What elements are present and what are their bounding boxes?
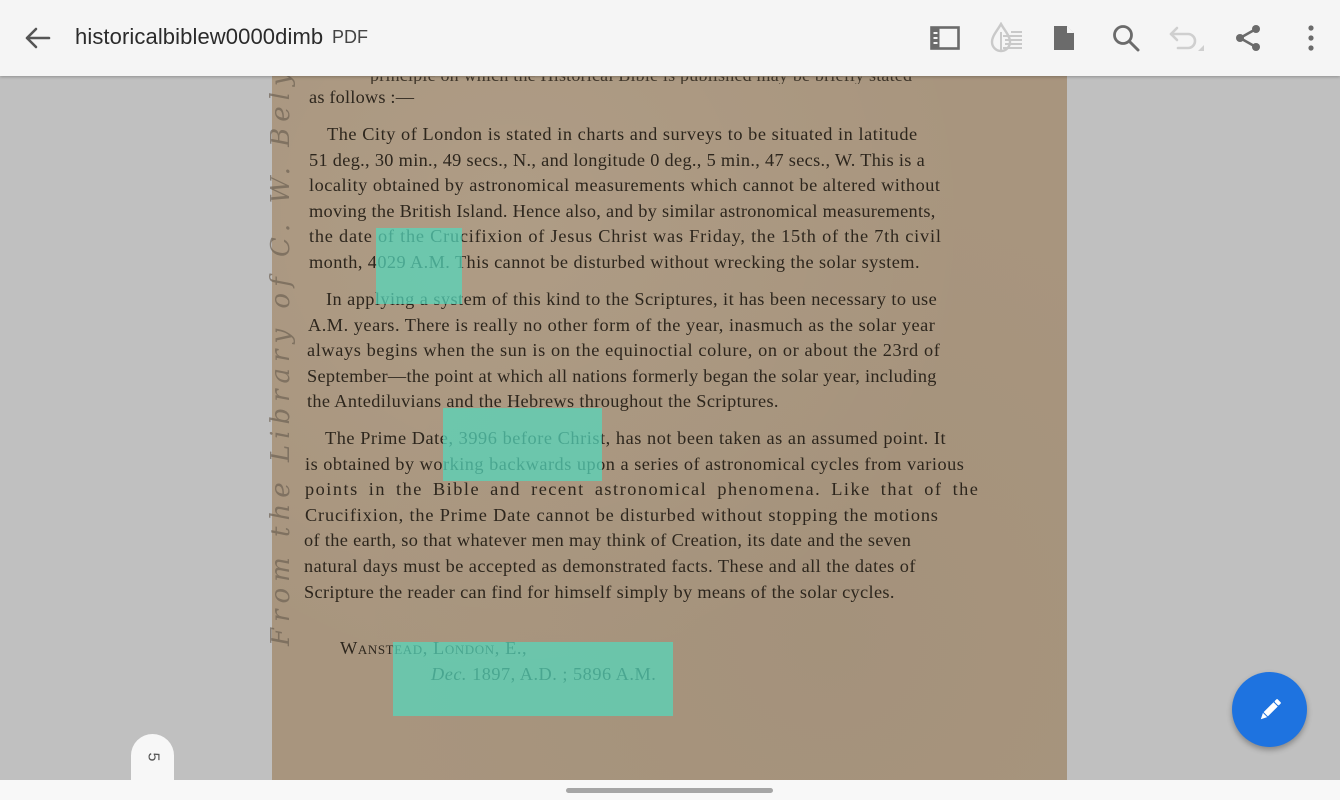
- page-number-indicator[interactable]: 5: [131, 734, 174, 780]
- margin-handwriting: From the Library of C. W. Belyea: [266, 86, 306, 646]
- bottom-bar: [0, 780, 1340, 800]
- share-icon: [1234, 24, 1262, 52]
- text-line: points in the Bible and recent astronomi…: [305, 480, 979, 498]
- liquid-mode-icon: [989, 22, 1023, 54]
- text-line: 51 deg., 30 min., 49 secs., N., and long…: [309, 151, 925, 169]
- document-icon: [1053, 25, 1075, 51]
- back-button[interactable]: [20, 22, 54, 54]
- undo-button[interactable]: [1166, 18, 1206, 58]
- text-line: always begins when the sun is on the equ…: [307, 341, 940, 359]
- text-highlight[interactable]: [443, 408, 602, 481]
- text-line: is obtained by working backwards upon a …: [305, 455, 964, 473]
- text-line: of the earth, so that whatever men may t…: [304, 531, 911, 549]
- horizontal-scrollbar[interactable]: [566, 788, 773, 793]
- document-type-label: PDF: [332, 27, 368, 48]
- text-line: locality obtained by astronomical measur…: [309, 176, 940, 194]
- more-options-button[interactable]: [1291, 18, 1331, 58]
- text-line: A.M. years. There is really no other for…: [308, 316, 935, 334]
- text-highlight[interactable]: [376, 228, 462, 304]
- text-line: moving the British Island. Hence also, a…: [309, 202, 936, 220]
- text-line: The Prime Date, 3996 before Christ, has …: [325, 429, 946, 447]
- undo-icon: [1167, 24, 1205, 52]
- sidebar-toggle-button[interactable]: [925, 18, 965, 58]
- edit-fab-button[interactable]: [1232, 672, 1307, 747]
- text-line: Crucifixion, the Prime Date cannot be di…: [305, 506, 939, 524]
- share-button[interactable]: [1228, 18, 1268, 58]
- document-title: historicalbiblew0000dimb: [75, 24, 323, 50]
- handwritten-inscription: From the Library of C. W. Belyea: [266, 76, 296, 646]
- document-viewer[interactable]: From the Library of C. W. Belyea princip…: [0, 76, 1340, 780]
- pdf-page[interactable]: From the Library of C. W. Belyea princip…: [272, 76, 1067, 780]
- text-line: The City of London is stated in charts a…: [327, 125, 918, 143]
- current-page-number: 5: [144, 753, 162, 762]
- liquid-mode-button[interactable]: [986, 18, 1026, 58]
- arrow-left-icon: [23, 26, 51, 50]
- text-line: September—the point at which all nations…: [307, 367, 937, 385]
- text-line: Scripture the reader can find for himsel…: [304, 583, 895, 601]
- more-vert-icon: [1307, 25, 1315, 51]
- text-line-cut: principle on which the Historical Bible …: [370, 76, 912, 84]
- text-highlight[interactable]: [393, 642, 673, 716]
- app-toolbar: historicalbiblew0000dimb PDF: [0, 0, 1340, 76]
- search-icon: [1112, 24, 1140, 52]
- panel-icon: [930, 26, 960, 50]
- pencil-icon: [1255, 695, 1285, 725]
- page-view-button[interactable]: [1044, 18, 1084, 58]
- search-button[interactable]: [1106, 18, 1146, 58]
- text-line: natural days must be accepted as demonst…: [304, 557, 916, 575]
- text-line: as follows :—: [309, 88, 414, 106]
